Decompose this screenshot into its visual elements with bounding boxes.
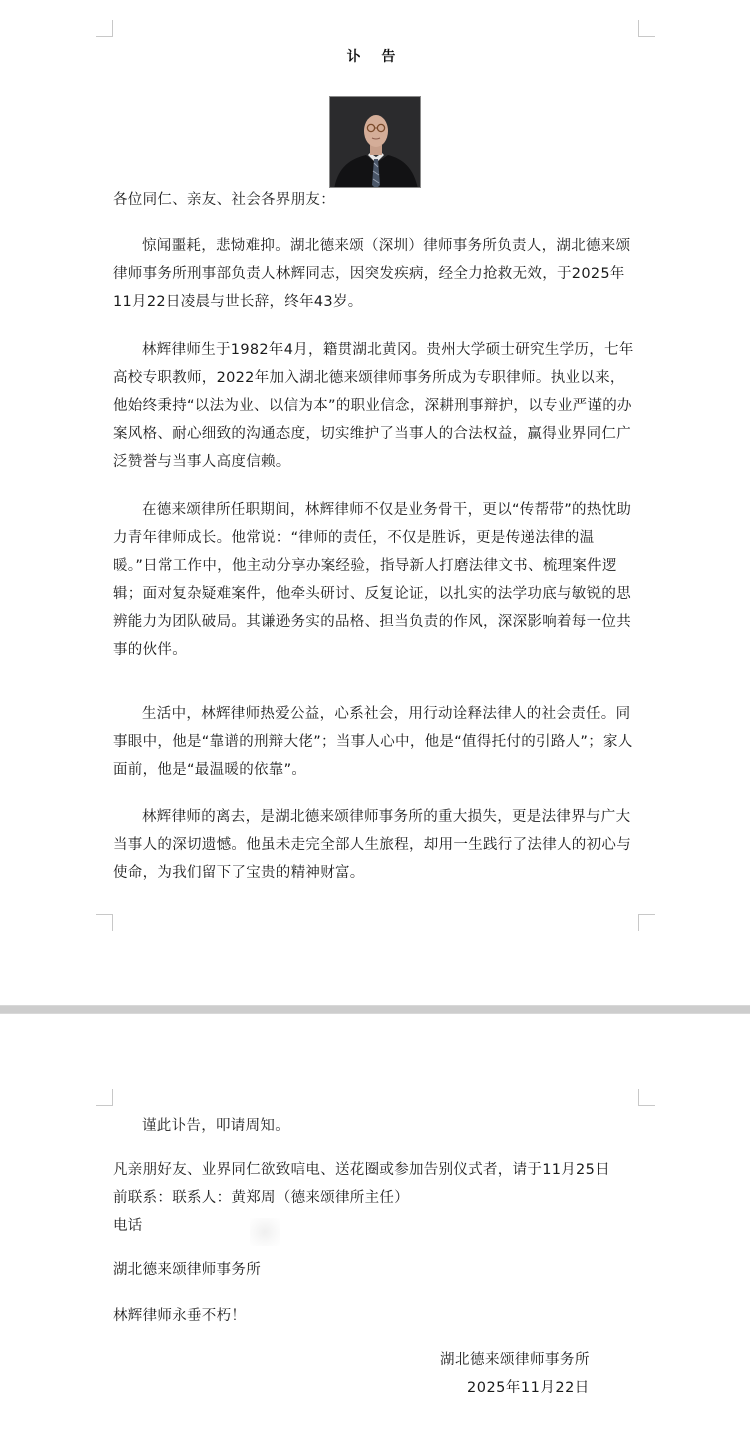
- portrait-photo: [329, 96, 421, 188]
- signature-date: 2025年11月22日: [467, 1374, 590, 1402]
- redacted-phone-number: [250, 1218, 280, 1246]
- signature-firm: 湖北德来颂律师事务所: [440, 1346, 640, 1374]
- document-title: 讣 告: [0, 46, 750, 66]
- paragraph-4: 生活中，林辉律师热爱公益，心系社会，用行动诠释法律人的社会责任。同事眼中，他是“…: [113, 700, 638, 784]
- margin-corner-mark: [96, 1089, 113, 1106]
- notice-line-1: 凡亲朋好友、业界同仁欲致唁电、送花圈或参加告别仪式者，请于11月25日: [113, 1156, 653, 1184]
- document-viewer: 讣 告 各位同仁: [0, 0, 750, 1436]
- tribute-line: 林辉律师永垂不朽！: [113, 1302, 638, 1330]
- page-1: 讣 告 各位同仁: [0, 0, 750, 1005]
- notice-line-2: 前联系：联系人：黄郑周（德来颂律所主任）: [113, 1184, 638, 1212]
- phone-label: 电话: [113, 1212, 638, 1240]
- greeting: 各位同仁、亲友、社会各界朋友：: [113, 186, 638, 214]
- page-separator: [0, 1005, 750, 1014]
- paragraph-3: 在德来颂律所任职期间，林辉律师不仅是业务骨干，更以“传帮带”的热忱助力青年律师成…: [113, 496, 638, 664]
- paragraph-1: 惊闻噩耗，悲恸难抑。湖北德来颂（深圳）律师事务所负责人，湖北德来颂律师事务所刑事…: [113, 232, 638, 316]
- firm-name: 湖北德来颂律师事务所: [113, 1256, 638, 1284]
- margin-corner-mark: [638, 1089, 655, 1106]
- closing-line: 谨此讣告，叩请周知。: [113, 1112, 638, 1140]
- margin-corner-mark: [638, 20, 655, 37]
- person-portrait-icon: [330, 97, 421, 188]
- margin-corner-mark: [96, 20, 113, 37]
- margin-corner-mark: [638, 914, 655, 931]
- paragraph-2: 林辉律师生于1982年4月，籍贯湖北黄冈。贵州大学硕士研究生学历，七年高校专职教…: [113, 336, 638, 476]
- paragraph-5: 林辉律师的离去，是湖北德来颂律师事务所的重大损失，更是法律界与广大当事人的深切遗…: [113, 803, 638, 887]
- margin-corner-mark: [96, 914, 113, 931]
